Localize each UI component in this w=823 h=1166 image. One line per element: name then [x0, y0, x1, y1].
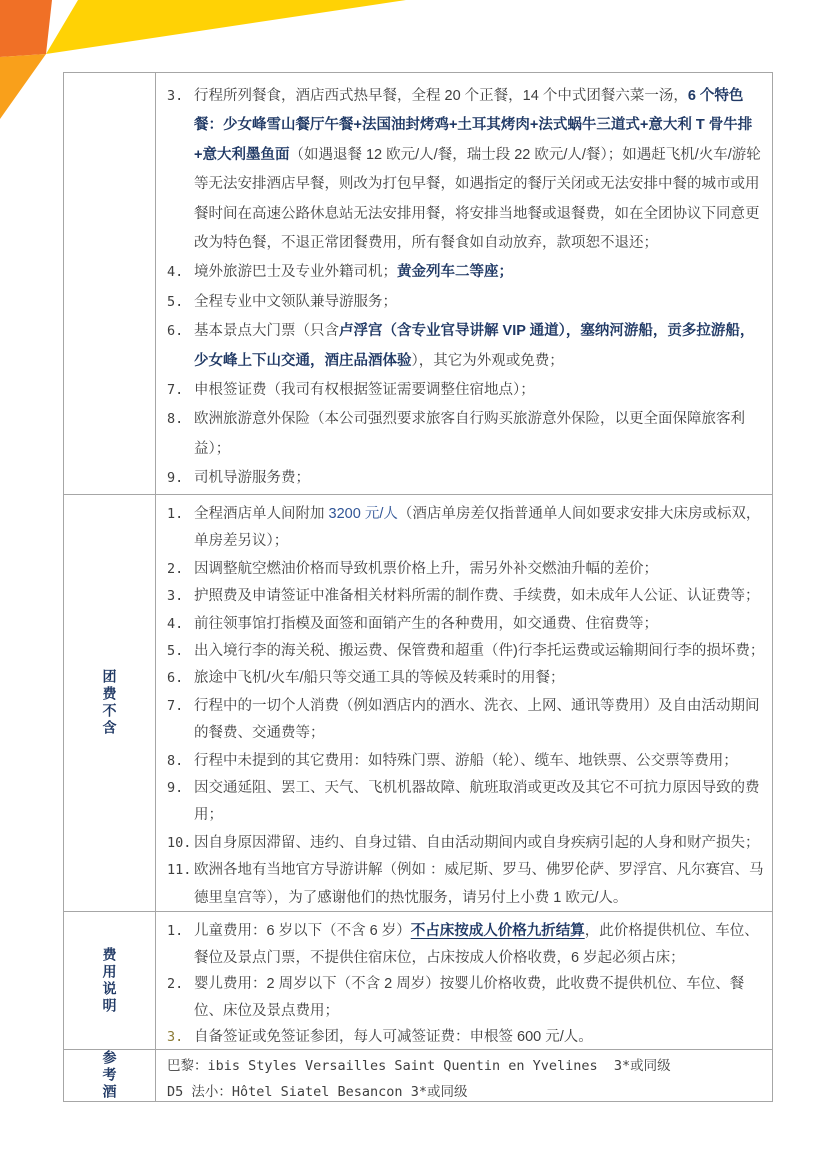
list-item: 1.儿童费用：6 岁以下（不含 6 岁）不占床按成人价格九折结算，此价格提供机位…: [167, 918, 767, 971]
section-content-notes: 1.儿童费用：6 岁以下（不含 6 岁）不占床按成人价格九折结算，此价格提供机位…: [156, 912, 772, 1049]
section-row-notes: 费用说明1.儿童费用：6 岁以下（不含 6 岁）不占床按成人价格九折结算，此价格…: [64, 911, 772, 1049]
item-number: 3.: [167, 583, 194, 610]
text-segment: 出入境行李的海关税、搬运费、保管费和超重（件)行李托运费或运输期间行李的损坏费；: [194, 643, 764, 659]
item-text: 行程所列餐食，酒店西式热早餐，全程 20 个正餐，14 个中式团餐六菜一汤，6 …: [194, 82, 767, 258]
list-item: 8.行程中未提到的其它费用：如特殊门票、游船（轮）、缆车、地铁票、公交票等费用；: [167, 748, 767, 775]
section-label-notes: 费用说明: [103, 947, 117, 1015]
item-number: 3.: [167, 1024, 194, 1049]
list-item: 8.欧洲旅游意外保险（本公司强烈要求旅客自行购买旅游意外保险，以更全面保障旅客利…: [167, 405, 767, 464]
text-segment: 司机导游服务费；: [194, 470, 310, 486]
item-number: 1.: [167, 918, 194, 945]
section-label-cell-hotels: 参考酒: [64, 1050, 156, 1101]
text-segment: 行程所列餐食，酒店西式热早餐，全程 20 个正餐，14 个中式团餐六菜一汤，: [194, 88, 688, 104]
item-text: 出入境行李的海关税、搬运费、保管费和超重（件)行李托运费或运输期间行李的损坏费；: [194, 638, 767, 665]
item-number: 1.: [167, 501, 194, 528]
section-label-cell-notes: 费用说明: [64, 912, 156, 1049]
item-number: 7.: [167, 376, 194, 405]
text-segment: 护照费及申请签证中准备相关材料所需的制作费、手续费，如未成年人公证、认证费等；: [194, 588, 760, 604]
text-segment: 境外旅游巴士及专业外籍司机；: [194, 264, 397, 280]
section-label-cell-excluded: 团费不含: [64, 495, 156, 911]
list-item: 6.基本景点大门票（只含卢浮宫（含专业官导讲解 VIP 通道），塞纳河游船，贡多…: [167, 317, 767, 376]
text-segment: ），其它为外观或免费；: [412, 353, 564, 369]
item-number: 10.: [167, 830, 194, 857]
section-content-excluded: 1.全程酒店单人间附加 3200 元/人（酒店单房差仅指普通单人间如要求安排大床…: [156, 495, 772, 911]
item-text: 基本景点大门票（只含卢浮宫（含专业官导讲解 VIP 通道），塞纳河游船，贡多拉游…: [194, 317, 767, 376]
text-segment: 婴儿费用：2 周岁以下（不含 2 周岁）按婴儿价格收费，此收费不提供机位、车位、…: [194, 976, 744, 1019]
item-text: 全程酒店单人间附加 3200 元/人（酒店单房差仅指普通单人间如要求安排大床房或…: [194, 501, 767, 556]
section-label-hotels: 参考酒: [103, 1050, 117, 1101]
list-item: 3.护照费及申请签证中准备相关材料所需的制作费、手续费，如未成年人公证、认证费等…: [167, 583, 767, 610]
list-item: 7.申根签证费（我司有权根据签证需要调整住宿地点）；: [167, 376, 767, 405]
item-text: 行程中的一切个人消费（例如酒店内的酒水、洗衣、上网、通讯等费用）及自由活动期间的…: [194, 693, 767, 748]
text-segment: 不占床按成人价格九折结算: [411, 923, 585, 939]
list-item: 11.欧洲各地有当地官方导游讲解（例如 ：威尼斯、罗马、佛罗伦萨、罗浮宫、凡尔赛…: [167, 857, 767, 911]
item-number: 2.: [167, 556, 194, 583]
item-text: 护照费及申请签证中准备相关材料所需的制作费、手续费，如未成年人公证、认证费等；: [194, 583, 767, 610]
list-item: 5.全程专业中文领队兼导游服务；: [167, 288, 767, 317]
section-row-excluded: 团费不含1.全程酒店单人间附加 3200 元/人（酒店单房差仅指普通单人间如要求…: [64, 494, 772, 911]
list-item: 1.全程酒店单人间附加 3200 元/人（酒店单房差仅指普通单人间如要求安排大床…: [167, 501, 767, 556]
section-content-included: 3.行程所列餐食，酒店西式热早餐，全程 20 个正餐，14 个中式团餐六菜一汤，…: [156, 73, 772, 494]
section-label-cell-included: [64, 73, 156, 494]
triangle-yellow: [46, 0, 406, 54]
list-item: 2.因调整航空燃油价格而导致机票价格上升，需另外补交燃油升幅的差价；: [167, 556, 767, 583]
item-number: 8.: [167, 748, 194, 775]
text-segment: 儿童费用：6 岁以下（不含 6 岁）: [194, 923, 411, 939]
item-text: 申根签证费（我司有权根据签证需要调整住宿地点）；: [194, 376, 767, 405]
list-item: 9.司机导游服务费；: [167, 464, 767, 493]
text-segment: 因交通延阻、罢工、天气、飞机机器故障、航班取消或更改及其它不可抗力原因导致的费用…: [194, 780, 760, 823]
text-segment: 自备签证或免签证参团，每人可减签证费：申根签 600 元/人。: [194, 1029, 593, 1045]
item-number: 2.: [167, 971, 194, 998]
list-item: 9.因交通延阻、罢工、天气、飞机机器故障、航班取消或更改及其它不可抗力原因导致的…: [167, 775, 767, 830]
item-text: 因调整航空燃油价格而导致机票价格上升，需另外补交燃油升幅的差价；: [194, 556, 767, 583]
hotel-line: D5 法小：Hôtel Siatel Besancon 3*或同级: [167, 1079, 767, 1101]
list-item: 2.婴儿费用：2 周岁以下（不含 2 周岁）按婴儿价格收费，此收费不提供机位、车…: [167, 971, 767, 1024]
list-item: 3.自备签证或免签证参团，每人可减签证费：申根签 600 元/人。: [167, 1024, 767, 1049]
item-text: 全程专业中文领队兼导游服务；: [194, 288, 767, 317]
item-text: 旅途中飞机/火车/船只等交通工具的等候及转乘时的用餐；: [194, 665, 767, 692]
fees-table: 3.行程所列餐食，酒店西式热早餐，全程 20 个正餐，14 个中式团餐六菜一汤，…: [63, 72, 773, 1102]
text-segment: 全程酒店单人间附加: [194, 506, 329, 522]
item-text: 婴儿费用：2 周岁以下（不含 2 周岁）按婴儿价格收费，此收费不提供机位、车位、…: [194, 971, 767, 1024]
item-number: 4.: [167, 611, 194, 638]
list-item: 3.行程所列餐食，酒店西式热早餐，全程 20 个正餐，14 个中式团餐六菜一汤，…: [167, 82, 767, 258]
text-segment: 申根签证费（我司有权根据签证需要调整住宿地点）；: [194, 382, 535, 398]
item-number: 3.: [167, 82, 194, 111]
item-number: 11.: [167, 857, 194, 884]
list-item: 10.因自身原因滞留、违约、自身过错、自由活动期间内或自身疾病引起的人身和财产损…: [167, 830, 767, 857]
text-segment: 因调整航空燃油价格而导致机票价格上升，需另外补交燃油升幅的差价；: [194, 561, 658, 577]
document-page: 3.行程所列餐食，酒店西式热早餐，全程 20 个正餐，14 个中式团餐六菜一汤，…: [0, 0, 823, 1166]
text-segment: 行程中的一切个人消费（例如酒店内的酒水、洗衣、上网、通讯等费用）及自由活动期间的…: [194, 698, 760, 741]
item-text: 欧洲各地有当地官方导游讲解（例如 ：威尼斯、罗马、佛罗伦萨、罗浮宫、凡尔赛宫、马…: [194, 857, 767, 911]
item-number: 7.: [167, 693, 194, 720]
item-number: 4.: [167, 258, 194, 287]
text-segment: 欧洲各地有当地官方导游讲解（例如 ：威尼斯、罗马、佛罗伦萨、罗浮宫、凡尔赛宫、马…: [194, 862, 764, 905]
list-item: 6.旅途中飞机/火车/船只等交通工具的等候及转乘时的用餐；: [167, 665, 767, 692]
section-content-hotels: 巴黎：ibis Styles Versailles Saint Quentin …: [156, 1050, 772, 1101]
hotel-line: 巴黎：ibis Styles Versailles Saint Quentin …: [167, 1053, 767, 1079]
text-segment: 欧洲旅游意外保险（本公司强烈要求旅客自行购买旅游意外保险，以更全面保障旅客利益）…: [194, 411, 745, 456]
item-text: 因交通延阻、罢工、天气、飞机机器故障、航班取消或更改及其它不可抗力原因导致的费用…: [194, 775, 767, 830]
item-text: 自备签证或免签证参团，每人可减签证费：申根签 600 元/人。: [194, 1024, 767, 1049]
list-item: 4.境外旅游巴士及专业外籍司机；黄金列车二等座；: [167, 258, 767, 287]
text-segment: 黄金列车二等座；: [397, 264, 513, 280]
triangle-dark-orange: [0, 0, 52, 57]
item-number: 6.: [167, 317, 194, 346]
item-number: 5.: [167, 638, 194, 665]
text-segment: 行程中未提到的其它费用：如特殊门票、游船（轮）、缆车、地铁票、公交票等费用；: [194, 753, 738, 769]
section-label-excluded: 团费不含: [103, 669, 117, 737]
text-segment: 因自身原因滞留、违约、自身过错、自由活动期间内或自身疾病引起的人身和财产损失；: [194, 835, 760, 851]
item-text: 因自身原因滞留、违约、自身过错、自由活动期间内或自身疾病引起的人身和财产损失；: [194, 830, 767, 857]
item-number: 8.: [167, 405, 194, 434]
item-number: 5.: [167, 288, 194, 317]
text-segment: 旅途中飞机/火车/船只等交通工具的等候及转乘时的用餐；: [194, 670, 565, 686]
text-segment: 基本景点大门票（只含: [194, 323, 339, 339]
item-text: 前往领事馆打指模及面签和面销产生的各种费用，如交通费、住宿费等；: [194, 611, 767, 638]
item-number: 9.: [167, 464, 194, 493]
section-row-hotels: 参考酒巴黎：ibis Styles Versailles Saint Quent…: [64, 1049, 772, 1101]
item-number: 6.: [167, 665, 194, 692]
item-text: 欧洲旅游意外保险（本公司强烈要求旅客自行购买旅游意外保险，以更全面保障旅客利益）…: [194, 405, 767, 464]
text-segment: 全程专业中文领队兼导游服务；: [194, 294, 397, 310]
item-number: 9.: [167, 775, 194, 802]
item-text: 行程中未提到的其它费用：如特殊门票、游船（轮）、缆车、地铁票、公交票等费用；: [194, 748, 767, 775]
item-text: 境外旅游巴士及专业外籍司机；黄金列车二等座；: [194, 258, 767, 287]
text-segment: 3200 元/人: [329, 506, 398, 522]
item-text: 儿童费用：6 岁以下（不含 6 岁）不占床按成人价格九折结算，此价格提供机位、车…: [194, 918, 767, 971]
item-text: 司机导游服务费；: [194, 464, 767, 493]
list-item: 5.出入境行李的海关税、搬运费、保管费和超重（件)行李托运费或运输期间行李的损坏…: [167, 638, 767, 665]
list-item: 4.前往领事馆打指模及面签和面销产生的各种费用，如交通费、住宿费等；: [167, 611, 767, 638]
list-item: 7.行程中的一切个人消费（例如酒店内的酒水、洗衣、上网、通讯等费用）及自由活动期…: [167, 693, 767, 748]
section-row-included: 3.行程所列餐食，酒店西式热早餐，全程 20 个正餐，14 个中式团餐六菜一汤，…: [64, 73, 772, 494]
text-segment: 前往领事馆打指模及面签和面销产生的各种费用，如交通费、住宿费等；: [194, 616, 658, 632]
triangle-bright-orange: [0, 54, 46, 119]
